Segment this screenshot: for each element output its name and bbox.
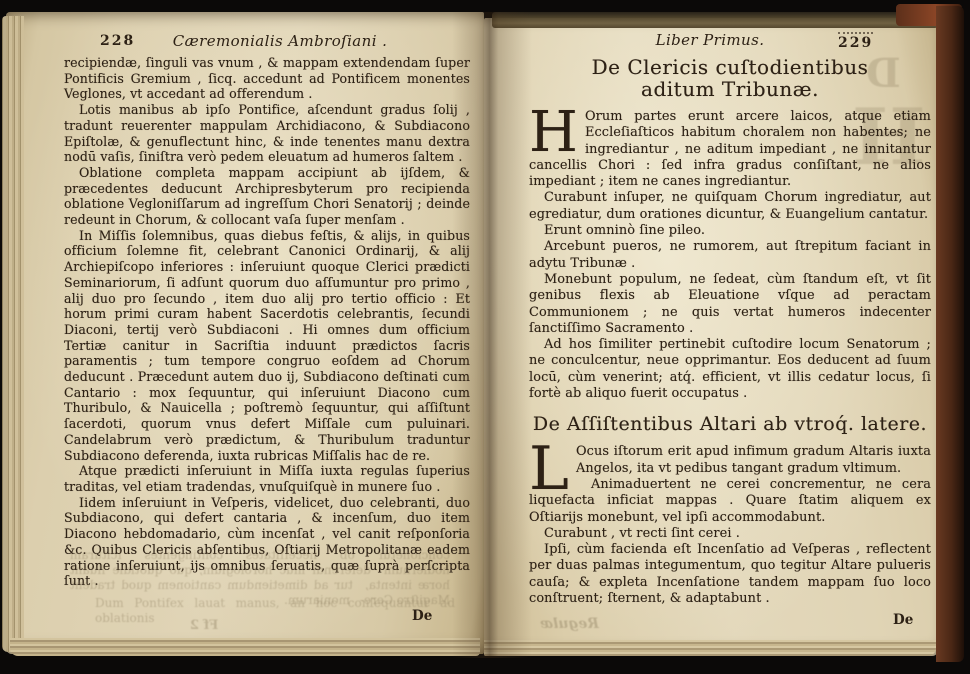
bleedthrough-text: Dum Pontifex lauat manus, an hoc conſequ…	[95, 596, 455, 626]
paragraph: Animaduertent ne cerei concrementur, ne …	[529, 477, 931, 526]
bleedthrough-signature-mark: Ff 2	[190, 618, 218, 633]
page-edges-top-right	[492, 12, 938, 28]
right-page-text-block: De Clericis cuſtodientibus aditum Tribun…	[529, 56, 931, 607]
paragraph: Oblatione completa mappam accipiunt ab i…	[64, 165, 470, 228]
left-page-text-block: recipiendæ, ſinguli vas vnum , & mappam …	[64, 55, 470, 589]
left-catchword: De	[412, 608, 432, 624]
paragraph: Arcebunt pueros, ne rumorem, aut ſtrepit…	[529, 239, 931, 272]
left-page-number: 228	[100, 33, 135, 49]
drop-cap-H: H	[529, 109, 585, 155]
paragraph: recipiendæ, ſinguli vas vnum , & mappam …	[64, 55, 470, 102]
bleedthrough-word-regulae: Regulæ	[540, 616, 599, 632]
right-running-title: Liber Primus.	[615, 31, 805, 49]
paragraph: Monebunt populum, ne ſedeat, cùm ſtandum…	[529, 272, 931, 337]
paragraph: Curabunt inſuper, ne quiſquam Chorum ing…	[529, 190, 931, 223]
paragraph: Ad hos ſimiliter pertinebit cuſtodire lo…	[529, 337, 931, 402]
page-edges-bottom-right	[484, 640, 936, 656]
photo-of-open-book: 228 Cæremonialis Ambroſiani . recipiendæ…	[0, 0, 970, 674]
paragraph-with-dropcap: LOcus iſtorum erit apud infimum gradum A…	[529, 444, 931, 477]
paragraph: Erunt omninò ſine pileo.	[529, 223, 931, 239]
paragraph: Curabunt , vt recti ſint cerei .	[529, 526, 931, 542]
paragraph: Lotis manibus ab ipſo Pontifice, aſcendu…	[64, 102, 470, 165]
drop-cap-L: L	[529, 444, 576, 492]
paragraph-with-dropcap: HOrum partes erunt arcere laicos, atque …	[529, 109, 931, 190]
right-page-number: 229	[838, 32, 873, 51]
paragraph: Ipſi, cùm facienda eſt Incenſatio ad Veſ…	[529, 542, 931, 607]
page-edges-left	[2, 16, 24, 652]
section-heading-de-assistentibus: De Aſſiſtentibus Altari ab vtroq́. later…	[529, 413, 931, 435]
paragraph: Atque prædicti inſeruiunt in Miſſa iuxta…	[64, 463, 470, 494]
page-edges-bottom-left	[10, 638, 480, 656]
section-heading-de-clericis: De Clericis cuſtodientibus aditum Tribun…	[555, 56, 905, 100]
paragraph: In Miſſis ſolemnibus, quas diebus feſtis…	[64, 228, 470, 464]
left-running-title: Cæremonialis Ambroſiani .	[160, 32, 400, 50]
book-cover-right-edge	[936, 6, 964, 662]
right-catchword: De	[893, 612, 913, 628]
